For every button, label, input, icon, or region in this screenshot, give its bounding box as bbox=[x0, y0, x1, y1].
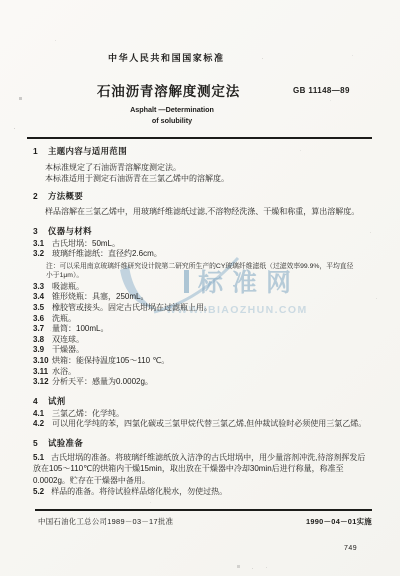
section-2-paragraphs: 样品溶解在三氯乙烯中，用玻璃纤维滤纸过滤,不溶物经洗涤、干燥和称重，算出溶解度。 bbox=[45, 206, 373, 217]
clause: 3.11水浴。 bbox=[33, 367, 373, 378]
clause: 3.5橡胶管或接头。固定古氏坩埚在过滤瓶上用。 bbox=[33, 303, 373, 314]
section-4-clauses: 4.1三氯乙烯：化学纯。 4.2可以用化学纯的苯，四氯化碳或三氯甲烷代替三氯乙烯… bbox=[33, 409, 373, 430]
section-1-number: 1 bbox=[33, 146, 48, 156]
section-4-title: 试剂 bbox=[48, 396, 66, 406]
paragraph: 本标准规定了石油沥青溶解度测定法。 bbox=[45, 162, 373, 173]
section-1-paragraphs: 本标准规定了石油沥青溶解度测定法。 本标准适用于测定石油沥青在三氯乙烯中的溶解度… bbox=[45, 162, 373, 184]
standard-number: GB 11148—89 bbox=[293, 86, 350, 95]
clause: 3.1古氏坩埚：50mL。 bbox=[33, 239, 373, 250]
clause-paragraph: 5.1古氏坩埚的准备。将玻璃纤维滤纸放入洁净的古氏坩埚中，用少量溶剂冲洗,待溶剂… bbox=[33, 452, 373, 486]
document-body: 1主题内容与适用范围 本标准规定了石油沥青溶解度测定法。 本标准适用于测定石油沥… bbox=[33, 146, 373, 498]
paragraph: 样品溶解在三氯乙烯中，用玻璃纤维滤纸过滤,不溶物经洗涤、干燥和称重，算出溶解度。 bbox=[45, 206, 373, 217]
header-divider bbox=[27, 137, 372, 139]
clause: 3.6洗瓶。 bbox=[33, 314, 373, 325]
clause: 3.3吸滤瓶。 bbox=[33, 282, 373, 293]
section-3-heading: 3仪器与材料 bbox=[33, 226, 373, 236]
section-4-heading: 4试剂 bbox=[33, 396, 373, 406]
clause: 3.10烘箱：能保持温度105～110 ℃。 bbox=[33, 356, 373, 367]
title-en-line2: of solubility bbox=[92, 115, 252, 126]
document-title-en: Asphalt —Determination of solubility bbox=[92, 104, 252, 126]
clause: 3.2玻璃纤维滤纸：直径约2.6cm。 bbox=[33, 249, 373, 260]
implementation-date: 1990－04－01实施 bbox=[306, 516, 372, 527]
section-2-heading: 2方法概要 bbox=[33, 191, 373, 201]
section-3-number: 3 bbox=[33, 226, 48, 236]
section-3-title: 仪器与材料 bbox=[48, 226, 92, 236]
national-standard-label: 中华人民共和国国家标准 bbox=[108, 51, 225, 64]
section-5-heading: 5试验准备 bbox=[33, 438, 373, 448]
footer-divider bbox=[35, 509, 372, 511]
section-2-title: 方法概要 bbox=[48, 191, 83, 201]
section-1-heading: 1主题内容与适用范围 bbox=[33, 146, 373, 156]
title-en-line1: Asphalt —Determination bbox=[92, 104, 252, 115]
clause: 3.4锥形烧瓶：具塞，250mL。 bbox=[33, 292, 373, 303]
approval-note: 中国石油化工总公司1989－03－17批准 bbox=[38, 516, 173, 527]
clause: 3.7量筒：100mL。 bbox=[33, 324, 373, 335]
section-1-title: 主题内容与适用范围 bbox=[48, 146, 127, 156]
section-5-title: 试验准备 bbox=[48, 438, 83, 448]
section-3-clauses: 3.1古氏坩埚：50mL。 3.2玻璃纤维滤纸：直径约2.6cm。 注：可以采用… bbox=[33, 239, 373, 388]
scanned-standard-page: 标准网 WWW.IBIAOZHUN.COM 中华人民共和国国家标准 石油沥青溶解… bbox=[0, 0, 400, 576]
clause-paragraph: 5.2样品的准备。将待试验样品熔化脱水，勿使过热。 bbox=[33, 486, 373, 497]
page-number: 749 bbox=[344, 545, 357, 552]
section-4-number: 4 bbox=[33, 396, 48, 406]
clause: 4.2可以用化学纯的苯，四氯化碳或三氯甲烷代替三氯乙烯,但仲裁试验时必须使用三氯… bbox=[33, 419, 373, 430]
section-5-number: 5 bbox=[33, 438, 48, 448]
document-title-cn: 石油沥青溶解度测定法 bbox=[97, 80, 240, 100]
clause: 3.9干燥器。 bbox=[33, 345, 373, 356]
clause: 3.8双连球。 bbox=[33, 335, 373, 346]
section-2-number: 2 bbox=[33, 191, 48, 201]
paragraph: 本标准适用于测定石油沥青在三氯乙烯中的溶解度。 bbox=[45, 173, 373, 184]
clause: 3.12分析天平：感量为0.0002g。 bbox=[33, 377, 373, 388]
scan-noise bbox=[0, 0, 1, 1]
clause-note: 注：可以采用南京玻璃纤维研究设计院第二研究所生产的CY玻璃纤维滤纸（过滤效率99… bbox=[46, 262, 358, 280]
clause: 4.1三氯乙烯：化学纯。 bbox=[33, 409, 373, 420]
